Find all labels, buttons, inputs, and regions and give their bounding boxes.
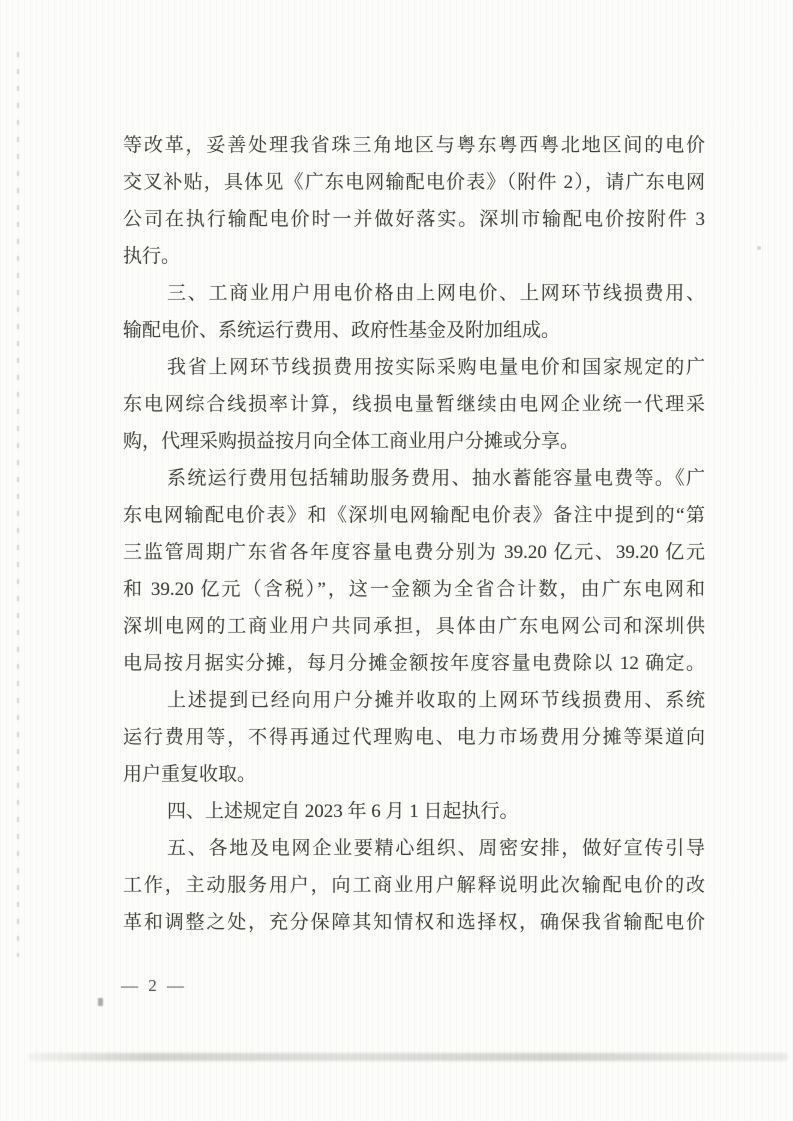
document-line: 我省上网环节线损费用按实际采购电量电价和国家规定的广 <box>123 349 705 386</box>
document-line: 系统运行费用包括辅助服务费用、抽水蓄能容量电费等。《广 <box>123 460 705 497</box>
document-line: 公司在执行输配电价时一并做好落实。深圳市输配电价按附件 3 <box>123 201 705 238</box>
document-line: 和 39.20 亿元（含税）”，这一金额为全省合计数，由广东电网和 <box>123 571 705 608</box>
document-line: 用户重复收取。 <box>123 756 705 793</box>
document-line: 五、各地及电网企业要精心组织、周密安排，做好宣传引导 <box>123 830 705 867</box>
page-number: — 2 — <box>121 976 187 996</box>
document-line: 购，代理采购损益按月向全体工商业用户分摊或分享。 <box>123 423 705 460</box>
document-line: 四、上述规定自 2023 年 6 月 1 日起执行。 <box>123 793 705 830</box>
scan-left-edge-artifact <box>17 52 19 957</box>
document-line: 输配电价、系统运行费用、政府性基金及附加组成。 <box>123 312 705 349</box>
document-line: 东电网输配电价表》和《深圳电网输配电价表》备注中提到的“第 <box>123 497 705 534</box>
document-line: 工作，主动服务用户，向工商业用户解释说明此次输配电价的改 <box>123 867 705 904</box>
scan-smudge-artifact <box>28 1053 788 1061</box>
document-line: 运行费用等，不得再通过代理购电、电力市场费用分摊等渠道向 <box>123 719 705 756</box>
document-line: 三、工商业用户用电价格由上网电价、上网环节线损费用、 <box>123 275 705 312</box>
document-line: 电局按月据实分摊，每月分摊金额按年度容量电费除以 12 确定。 <box>123 645 705 682</box>
scanned-document-page: 等改革，妥善处理我省珠三角地区与粤东粤西粤北地区间的电价 交叉补贴，具体见《广东… <box>0 0 793 1121</box>
document-line: 革和调整之处，充分保障其知情权和选择权，确保我省输配电价 <box>123 904 705 941</box>
document-line: 交叉补贴，具体见《广东电网输配电价表》（附件 2），请广东电网 <box>123 164 705 201</box>
document-line: 等改革，妥善处理我省珠三角地区与粤东粤西粤北地区间的电价 <box>123 127 705 164</box>
document-body: 等改革，妥善处理我省珠三角地区与粤东粤西粤北地区间的电价 交叉补贴，具体见《广东… <box>123 127 705 941</box>
document-line: 执行。 <box>123 238 705 275</box>
document-line: 东电网综合线损率计算，线损电量暂继续由电网企业统一代理采 <box>123 386 705 423</box>
scan-speck-artifact <box>98 998 103 1006</box>
document-line: 上述提到已经向用户分摊并收取的上网环节线损费用、系统 <box>123 682 705 719</box>
document-line: 三监管周期广东省各年度容量电费分别为 39.20 亿元、39.20 亿元 <box>123 534 705 571</box>
scan-speck-artifact <box>757 246 761 250</box>
document-line: 深圳电网的工商业用户共同承担，具体由广东电网公司和深圳供 <box>123 608 705 645</box>
